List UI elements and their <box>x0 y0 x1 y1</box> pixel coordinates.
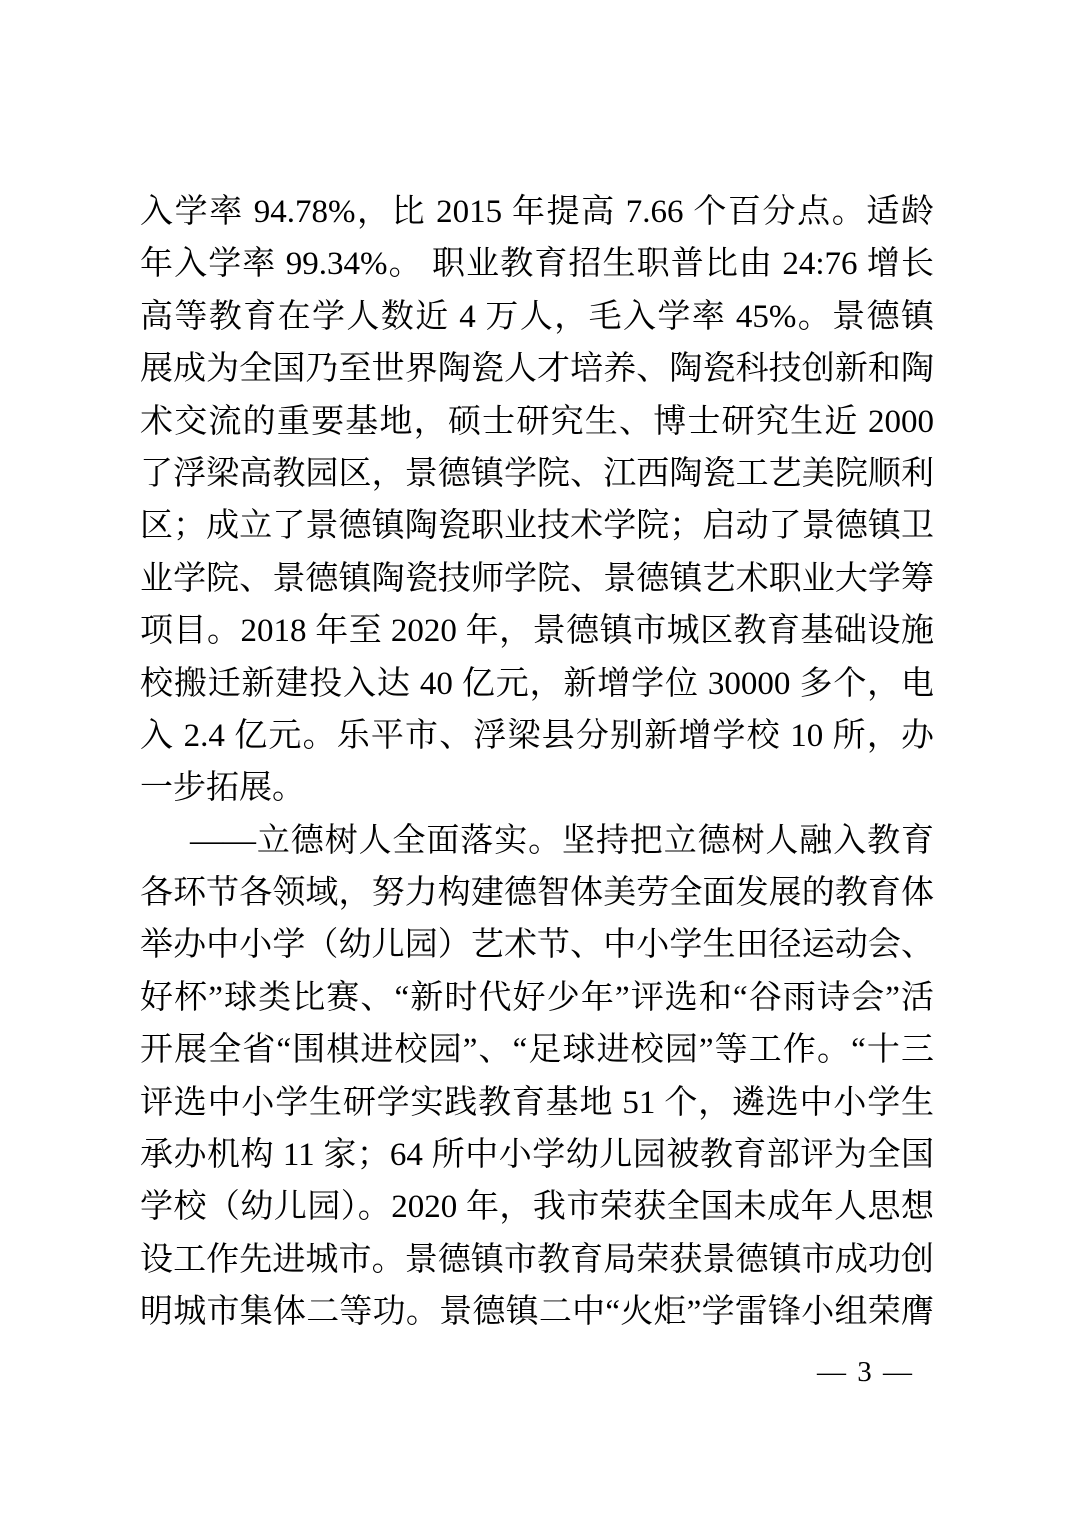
text-line: 入学率 94.78%，比 2015 年提高 7.66 个百分点。适龄残疾儿童少 <box>140 186 934 238</box>
text-line: 承办机构 11 家；64 所中小学幼儿园被教育部评为全国足球特色 <box>140 1129 934 1181</box>
document-body-text: 入学率 94.78%，比 2015 年提高 7.66 个百分点。适龄残疾儿童少 … <box>140 186 934 1339</box>
text-line: 项目。2018 年至 2020 年，景德镇市城区教育基础设施建设、高 <box>140 605 934 657</box>
text-line: 展成为全国乃至世界陶瓷人才培养、陶瓷科技创新和陶瓷文化艺 <box>140 343 934 395</box>
text-line: 学校（幼儿园）。2020 年，我市荣获全国未成年人思想道德建 <box>140 1181 934 1233</box>
text-line: 好杯”球类比赛、“新时代好少年”评选和“谷雨诗会”活动。 积极 <box>140 972 934 1024</box>
text-line: 区；成立了景德镇陶瓷职业技术学院；启动了景德镇卫生健康职 <box>140 500 934 552</box>
page-number: — 3 — <box>817 1352 914 1392</box>
text-line: 明城市集体二等功。景德镇二中“火炬”学雷锋小组荣膺全国学雷 <box>140 1286 934 1338</box>
paragraph-enrollment-stats: 入学率 94.78%，比 2015 年提高 7.66 个百分点。适龄残疾儿童少 … <box>140 186 934 815</box>
text-line: 了浮梁高教园区，景德镇学院、江西陶瓷工艺美院顺利搬迁新校 <box>140 448 934 500</box>
text-line: 举办中小学（幼儿园）艺术节、中小学生田径运动会、暑期“三 <box>140 919 934 971</box>
text-line: 开展全省“围棋进校园”、“足球进校园”等工作。“十三五”期间， <box>140 1024 934 1076</box>
text-line: 各环节各领域，努力构建德智体美劳全面发展的教育体系。持续 <box>140 867 934 919</box>
text-line: 业学院、景德镇陶瓷技师学院、景德镇艺术职业大学筹建等重大 <box>140 553 934 605</box>
text-line: 设工作先进城市。景德镇市教育局荣获景德镇市成功创建全国文 <box>140 1234 934 1286</box>
text-line: 评选中小学生研学实践教育基地 51 个，遴选中小学生研学实践 <box>140 1077 934 1129</box>
text-line: 入 2.4 亿元。乐平市、浮梁县分别新增学校 10 所，办学空间进 <box>140 710 934 762</box>
text-line: 术交流的重要基地，硕士研究生、博士研究生近 2000 人。打造 <box>140 396 934 448</box>
text-line: 年入学率 99.34%。 职业教育招生职普比由 24:76 增长至 41:59。 <box>140 238 934 290</box>
paragraph-lide-shuren: ——立德树人全面落实。坚持把立德树人融入教育事业发展 各环节各领域，努力构建德智… <box>140 815 934 1339</box>
text-line: ——立德树人全面落实。坚持把立德树人融入教育事业发展 <box>140 815 934 867</box>
text-line: 一步拓展。 <box>140 762 934 814</box>
text-line: 高等教育在学人数近 4 万人，毛入学率 45%。景德镇陶瓷大学发 <box>140 291 934 343</box>
document-page: 入学率 94.78%，比 2015 年提高 7.66 个百分点。适龄残疾儿童少 … <box>0 0 1074 1520</box>
text-line: 校搬迁新建投入达 40 亿元，新增学位 30000 多个，电教装备投 <box>140 658 934 710</box>
